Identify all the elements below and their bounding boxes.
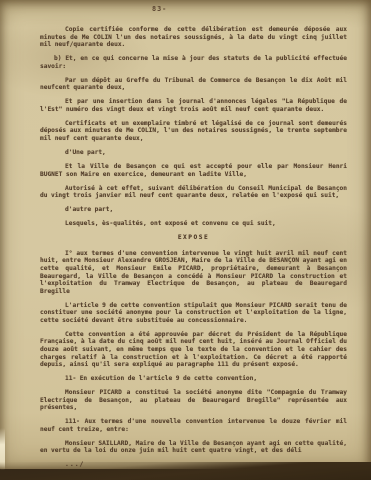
document-text-column: Copie certifiée conforme de cette délibé… bbox=[40, 26, 347, 476]
para-depot-greffe: Par un dépôt au Greffe du Tribunal de Co… bbox=[40, 77, 347, 92]
para-saillard: Monsieur SAILLARD, Maire de la Ville de … bbox=[40, 440, 347, 455]
para-ville-besancon: Et la Ville de Besançon ce qui est accep… bbox=[40, 163, 347, 178]
line-dune-part: d'Une part, bbox=[40, 149, 347, 157]
page-number: 83- bbox=[152, 5, 167, 13]
para-copie-certifiee: Copie certifiée conforme de cette délibé… bbox=[40, 26, 347, 49]
continuation-mark: .../ bbox=[40, 461, 347, 469]
line-execution-article-9: 11- En exécution de l'article 9 de cette… bbox=[40, 375, 347, 383]
para-insertion-journal: Et par une insertion dans le journal d'a… bbox=[40, 98, 347, 113]
para-publicite-effectuee: b) Et, en ce qui concerne la mise à jour… bbox=[40, 55, 347, 70]
para-certificats: Certificats et un exemplaire timbré et l… bbox=[40, 120, 347, 143]
para-autorisation-conseil: Autorisé à cet effet, suivant délibérati… bbox=[40, 185, 347, 200]
heading-expose: EXPOSE bbox=[40, 234, 347, 242]
para-article-9: L'article 9 de cette convention stipulai… bbox=[40, 302, 347, 325]
paper-edge-highlight bbox=[0, 428, 5, 470]
para-lesquels: Lesquels, ès-qualités, ont exposé et con… bbox=[40, 220, 347, 228]
scanned-document-page: 83- Copie certifiée conforme de cette dé… bbox=[0, 0, 371, 480]
para-convention-1908: I° aux termes d'une convention intervenu… bbox=[40, 250, 347, 295]
para-convention-1913: 111- Aux termes d'une nouvelle conventio… bbox=[40, 418, 347, 433]
para-decret-president: Cette convention a été approuvée par déc… bbox=[40, 331, 347, 369]
line-dautre-part: d'autre part, bbox=[40, 206, 347, 214]
para-societe-anonyme: Monsieur PICARD a constitué la société a… bbox=[40, 389, 347, 412]
